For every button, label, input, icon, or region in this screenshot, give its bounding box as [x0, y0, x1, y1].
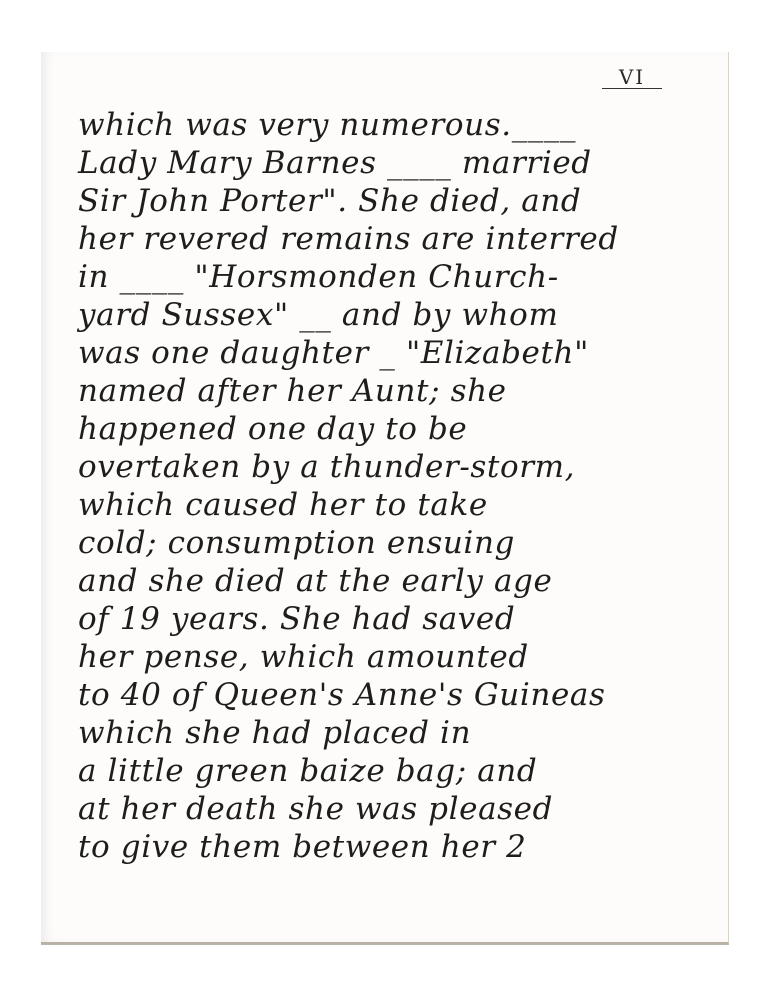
- text-line-17: which she had placed in: [78, 715, 471, 751]
- text-line-1: which was very numerous.____: [78, 107, 576, 143]
- text-line-16: to 40 of Queen's Anne's Guineas: [78, 677, 605, 713]
- text-line-13: and she died at the early age: [78, 563, 552, 599]
- text-line-11: which caused her to take: [78, 487, 488, 523]
- text-line-7: was one daughter _ "Elizabeth": [78, 335, 589, 371]
- text-line-10: overtaken by a thunder-storm,: [78, 449, 575, 485]
- text-line-19: at her death she was pleased: [78, 791, 553, 827]
- text-line-6: yard Sussex" __ and by whom: [78, 297, 558, 333]
- text-line-12: cold; consumption ensuing: [78, 525, 515, 561]
- text-line-5: in ____ "Horsmonden Church-: [78, 259, 559, 295]
- text-line-9: happened one day to be: [78, 411, 467, 447]
- page-number: VI: [602, 66, 662, 89]
- text-line-18: a little green baize bag; and: [78, 753, 537, 789]
- text-line-4: her revered remains are interred: [78, 221, 619, 257]
- text-line-20: to give them between her 2: [78, 829, 526, 865]
- text-line-3: Sir John Porter". She died, and: [78, 183, 581, 219]
- text-line-15: her pense, which amounted: [78, 639, 529, 675]
- text-line-8: named after her Aunt; she: [78, 373, 507, 409]
- text-line-2: Lady Mary Barnes ____ married: [78, 145, 592, 181]
- text-line-14: of 19 years. She had saved: [78, 601, 515, 637]
